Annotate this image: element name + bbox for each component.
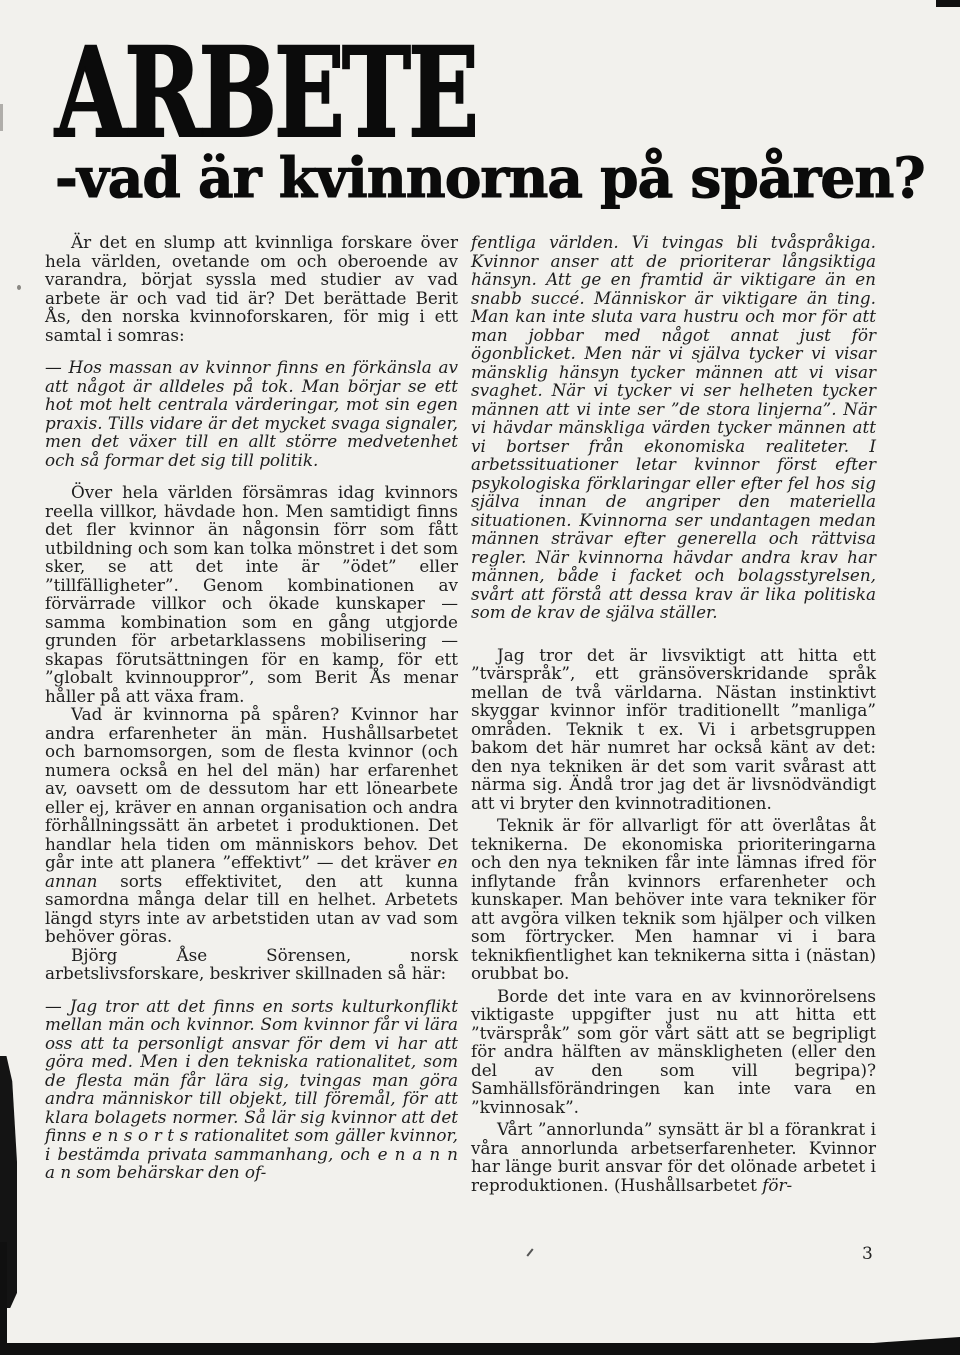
article-subtitle: -vad är kvinnorna på spåren? <box>55 148 925 208</box>
scanned-article-page: ARBETE -vad är kvinnorna på spåren? Är d… <box>0 0 960 1355</box>
left-column: Är det en slump att kvinnliga forskare ö… <box>45 233 458 1194</box>
scan-artifact-speck <box>17 285 21 290</box>
paragraph: Jag tror det är livsviktigt att hitta et… <box>471 646 876 813</box>
paragraph: — Jag tror att det finns en sorts kultur… <box>45 997 458 1182</box>
scan-artifact-top-right-mark <box>936 0 960 7</box>
page-number: 3 <box>862 1244 873 1264</box>
article-title: ARBETE <box>55 42 707 146</box>
paragraph: fentliga världen. Vi tvingas bli tvåsprå… <box>471 233 876 622</box>
scan-artifact-tick-mark <box>526 1248 533 1256</box>
scan-artifact-bottom-bar <box>0 1337 960 1355</box>
scan-artifact-left-bottom-bar <box>0 1242 7 1355</box>
right-column: fentliga världen. Vi tvingas bli tvåsprå… <box>471 233 876 1194</box>
masthead: ARBETE -vad är kvinnorna på spåren? <box>55 42 925 208</box>
paragraph: Teknik är för allvarligt för att överlåt… <box>471 816 876 983</box>
paragraph: — Hos massan av kvinnor finns en förkäns… <box>45 358 458 469</box>
paragraph: Borde det inte vara en av kvinnorörelsen… <box>471 987 876 1117</box>
paragraph: Vårt ”annorlunda” synsätt är bl a förank… <box>471 1120 876 1194</box>
article-body: Är det en slump att kvinnliga forskare ö… <box>45 233 876 1194</box>
scan-artifact-left-edge-dash <box>0 104 3 131</box>
paragraph: Över hela världen försämras idag kvinnor… <box>45 483 458 705</box>
paragraph: Är det en slump att kvinnliga forskare ö… <box>45 233 458 344</box>
paragraph: Vad är kvinnorna på spåren? Kvinnor har … <box>45 705 458 946</box>
paragraph: Björg Åse Sörensen, norsk arbetslivsfors… <box>45 946 458 983</box>
